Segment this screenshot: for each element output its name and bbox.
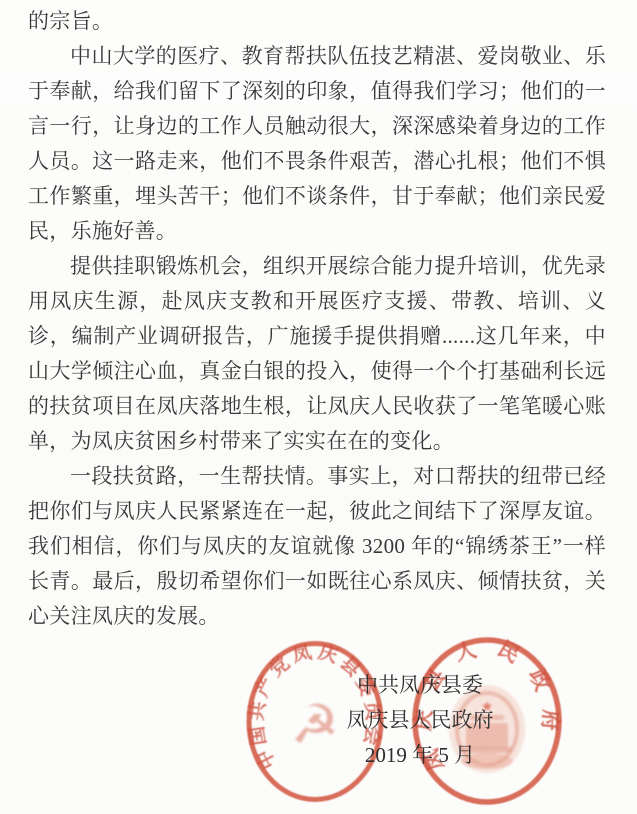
paragraph-1: 中山大学的医疗、教育帮扶队伍技艺精湛、爱岗敬业、乐于奉献，给我们留下了深刻的印象… [28,39,606,249]
signature-government: 凤庆县人民政府 [330,703,510,738]
signature-block: 中共凤庆县委 凤庆县人民政府 2019 年 5 月 [330,668,510,773]
paragraph-3: 一段扶贫路，一生帮扶情。事实上，对口帮扶的纽带已经把你们与凤庆人民紧紧连在一起，… [28,459,606,634]
scanned-letter-page: 的宗旨。 中山大学的医疗、教育帮扶队伍技艺精湛、爱岗敬业、乐于奉献，给我们留下了… [0,0,637,814]
paragraph-2: 提供挂职锻炼机会，组织开展综合能力提升培训，优先录用凤庆生源，赴凤庆支教和开展医… [28,249,606,459]
letter-body: 的宗旨。 中山大学的医疗、教育帮扶队伍技艺精湛、爱岗敬业、乐于奉献，给我们留下了… [28,0,606,634]
signature-committee: 中共凤庆县委 [330,668,510,703]
signature-date: 2019 年 5 月 [330,738,510,773]
paragraph-continuation: 的宗旨。 [28,4,606,39]
